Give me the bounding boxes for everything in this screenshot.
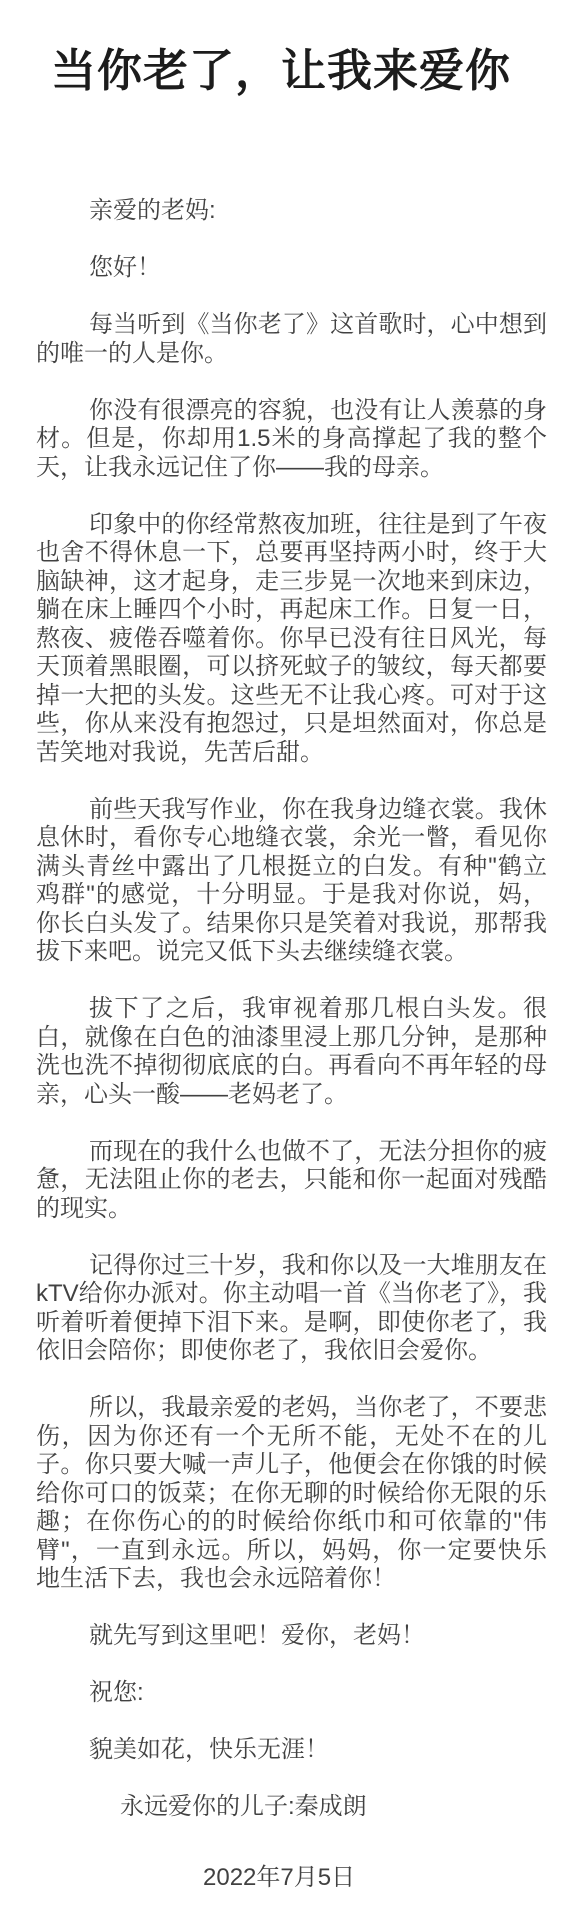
letter-paragraph: 前些天我写作业，你在我身边缝衣裳。我休息休时，看你专心地缝衣裳，余光一瞥，看见你… <box>36 796 547 967</box>
letter-page: 当你老了，让我来爱你 亲爱的老妈: 您好！ 每当听到《当你老了》这首歌时，心中想… <box>0 0 580 1932</box>
wish-line: 貌美如花，快乐无涯！ <box>36 1736 547 1765</box>
wish-lead-line: 祝您: <box>36 1679 547 1708</box>
letter-paragraph: 而现在的我什么也做不了，无法分担你的疲惫，无法阻止你的老去，只能和你一起面对残酷… <box>36 1138 547 1224</box>
date-line: 2022年7月5日 <box>36 1864 547 1893</box>
letter-paragraph: 每当听到《当你老了》这首歌时，心中想到的唯一的人是你。 <box>36 311 547 368</box>
letter-paragraph: 记得你过三十岁，我和你以及一大堆朋友在kTV给你办派对。你主动唱一首《当你老了》… <box>36 1252 547 1366</box>
closing-line: 就先写到这里吧！爱你，老妈！ <box>36 1622 547 1651</box>
greeting-line: 您好！ <box>36 254 547 283</box>
letter-body: 亲爱的老妈: 您好！ 每当听到《当你老了》这首歌时，心中想到的唯一的人是你。 你… <box>36 197 547 1892</box>
signature-line: 永远爱你的儿子:秦成朗 <box>36 1793 547 1822</box>
letter-paragraph: 印象中的你经常熬夜加班，往往是到了午夜也舍不得休息一下，总要再坚持两小时，终于大… <box>36 511 547 768</box>
letter-title: 当你老了，让我来爱你 <box>51 45 547 97</box>
salutation-line: 亲爱的老妈: <box>36 197 547 226</box>
letter-paragraph: 拔下了之后，我审视着那几根白头发。很白，就像在白色的油漆里浸上那几分钟，是那种洗… <box>36 995 547 1109</box>
letter-paragraph: 你没有很漂亮的容貌，也没有让人羡慕的身材。但是，你却用1.5米的身高撑起了我的整… <box>36 397 547 483</box>
letter-paragraph: 所以，我最亲爱的老妈，当你老了，不要悲伤，因为你还有一个无所不能，无处不在的儿子… <box>36 1394 547 1594</box>
